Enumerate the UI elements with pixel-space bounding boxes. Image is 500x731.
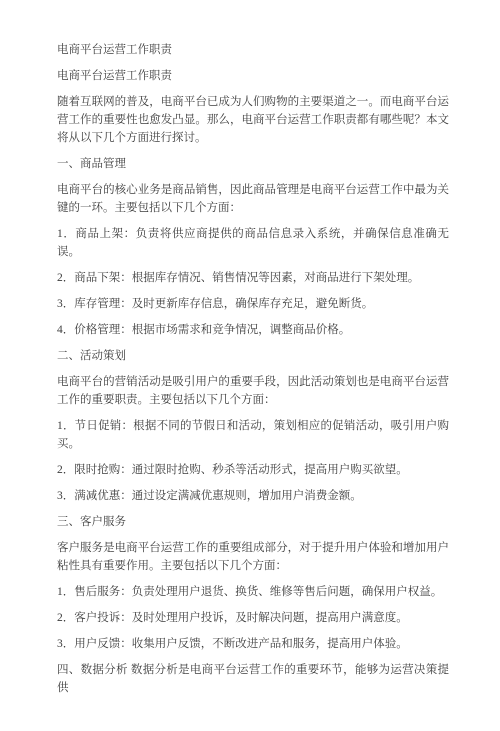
section-3-item-1: 1．售后服务：负责处理用户退货、换货、维修等售后问题，确保用户权益。 bbox=[57, 583, 449, 601]
section-2-intro: 电商平台的营销活动是吸引用户的重要手段，因此活动策划也是电商平台运营工作的重要职… bbox=[57, 373, 449, 409]
doc-subtitle: 电商平台运营工作职责 bbox=[57, 67, 449, 85]
intro-paragraph: 随着互联网的普及，电商平台已成为人们购物的主要渠道之一。而电商平台运营工作的重要… bbox=[57, 93, 449, 147]
section-1-item-4: 4．价格管理：根据市场需求和竞争情况，调整商品价格。 bbox=[57, 321, 449, 339]
section-2-item-1: 1．节日促销：根据不同的节假日和活动，策划相应的促销活动，吸引用户购买。 bbox=[57, 417, 449, 453]
section-2-item-2: 2．限时抢购：通过限时抢购、秒杀等活动形式，提高用户购买欲望。 bbox=[57, 461, 449, 479]
document-page: 电商平台运营工作职责 电商平台运营工作职责 随着互联网的普及，电商平台已成为人们… bbox=[0, 0, 500, 731]
section-2-item-3: 3．满减优惠：通过设定满减优惠规则，增加用户消费金额。 bbox=[57, 487, 449, 505]
section-2-heading: 二、活动策划 bbox=[57, 347, 449, 365]
section-3-intro: 客户服务是电商平台运营工作的重要组成部分，对于提升用户体验和增加用户粘性具有重要… bbox=[57, 539, 449, 575]
section-4-heading-paragraph: 四、数据分析 数据分析是电商平台运营工作的重要环节，能够为运营决策提供 bbox=[57, 661, 449, 697]
section-3-item-3: 3．用户反馈：收集用户反馈，不断改进产品和服务，提高用户体验。 bbox=[57, 635, 449, 653]
section-1-heading: 一、商品管理 bbox=[57, 155, 449, 173]
section-1-item-3: 3．库存管理：及时更新库存信息，确保库存充足，避免断货。 bbox=[57, 295, 449, 313]
section-1-item-1: 1．商品上架：负责将供应商提供的商品信息录入系统，并确保信息准确无误。 bbox=[57, 225, 449, 261]
section-3-heading: 三、客户服务 bbox=[57, 513, 449, 531]
doc-title: 电商平台运营工作职责 bbox=[57, 41, 449, 59]
section-3-item-2: 2．客户投诉：及时处理用户投诉，及时解决问题，提高用户满意度。 bbox=[57, 609, 449, 627]
section-1-item-2: 2．商品下架：根据库存情况、销售情况等因素，对商品进行下架处理。 bbox=[57, 269, 449, 287]
section-1-intro: 电商平台的核心业务是商品销售，因此商品管理是电商平台运营工作中最为关键的一环。主… bbox=[57, 181, 449, 217]
document-body: 电商平台运营工作职责 电商平台运营工作职责 随着互联网的普及，电商平台已成为人们… bbox=[57, 41, 449, 697]
